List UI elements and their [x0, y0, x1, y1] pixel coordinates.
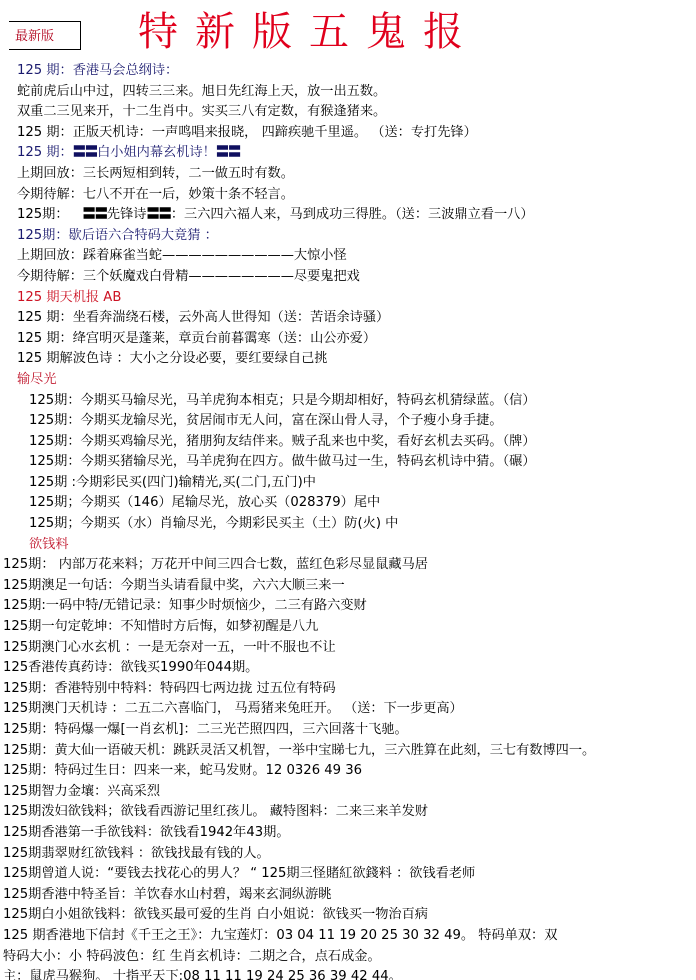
line-text: 正版天机诗：一声鸣唱来报晓， 四蹄疾驰千里遥。 （送：专打先锋） [73, 125, 477, 140]
line-tianjibao-1: 125 期：坐看奔湍绕石楼，云外高人世得知（送：苦语余诗骚） [0, 308, 696, 329]
period-label: 125 期： [17, 63, 73, 78]
line-tianjibao-2: 125 期：绛宫明灭是蓬莱，章贡台前暮霭寒（送：山公亦爱） [0, 329, 696, 350]
list-item: 125期：今期买猪输尽光，马羊虎狗在四方。做牛做马过一生，特码玄机诗中猜。（碾） [0, 452, 696, 473]
line-text: 香港马会总纲诗： [73, 63, 179, 78]
line-xiehouyu-header: 125期：歇后语六合特码大竟猜 ： [0, 226, 696, 247]
list-item: 125期：香港特别中特料：特码四七两边拢 过五位有特码 [0, 679, 696, 700]
period-label: 125期： [17, 228, 69, 243]
double-bar-icon: 〓〓 [146, 207, 170, 222]
latest-edition-badge: 最新版 [9, 21, 81, 50]
list-item: 特码大小：小 特码波色：红 生肖玄机诗：二期之合，点石成金。 [0, 947, 696, 968]
list-item: 125 期香港地下信封《千王之王》：九宝莲灯：03 04 11 19 20 25… [0, 926, 696, 947]
list-item: 125期；今期买（水）肖输尽光，今期彩民买主（土）防(火) 中 [0, 514, 696, 535]
list-item: 125期:一码中特/无错记录：知事少时烦恼少，二三有路六变财 [0, 596, 696, 617]
content: 125 期：香港马会总纲诗： 蛇前虎后山中过，四转三三来。旭日先红海上天，放一出… [0, 61, 696, 980]
line-text: ：三六四六福人来，马到成功三得胜。（送：三波鼎立看一八） [171, 207, 534, 222]
list-item: 125期：今期买马输尽光，马羊虎狗本相克；只是今期却相好，特码玄机猜绿蓝。（信） [0, 391, 696, 412]
list-item: 125期；今期买（146）尾输尽光，放心买（028379）尾中 [0, 493, 696, 514]
page-title: 特新版五鬼报 [138, 6, 480, 58]
list-item: 125期澳门心水玄机 ：一是无奈对一五，一叶不服也不让 [0, 638, 696, 659]
line-xiehouyu-replay: 上期回放：踩着麻雀当蛇——————————大惊小怪 [0, 246, 696, 267]
list-item: 125期：今期买鸡输尽光，猪朋狗友结伴来。贼子乱来也中奖，看好玄机去买码。（牌） [0, 432, 696, 453]
double-bar-icon: 〓〓 [216, 145, 240, 160]
section-heading-tianjibao: 125 期天机报 AB [0, 288, 696, 309]
line-bai-xiaojie-header: 125 期：〓〓白小姐内幕玄机诗！〓〓 [0, 143, 696, 164]
list-item: 125期：特码过生日：四来一来，蛇马发财。12 0326 49 36 [0, 761, 696, 782]
list-item: 125期白小姐欲钱料：欲钱买最可爱的生肖 白小姐说：欲钱买一物治百病 [0, 905, 696, 926]
list-item: 125期 :今期彩民买(四门)输精光,买(二门,五门)中 [0, 473, 696, 494]
list-item: 125期澳足一句话：今期当头请看鼠中奖，六六大顺三来一 [0, 576, 696, 597]
double-bar-icon: 〓〓 [83, 207, 107, 222]
line-wave-color-poem: 125 期解波色诗 ：大小之分设必要，要红要绿自己挑 [0, 349, 696, 370]
section-heading-lose-all: 输尽光 [0, 370, 696, 391]
list-item: 125期：特码爆一爆[一肖玄机]：二三光芒照四四，三六回落十飞驰。 [0, 720, 696, 741]
list-item: 125期曾道人说：“要钱去找花心的男人？ “ 125期三怪賭紅欲錢料 ：欲钱看老… [0, 864, 696, 885]
list-item: 125期翡翠财红欲钱料 ：欲钱找最有钱的人。 [0, 844, 696, 865]
period-label: 125 期： [17, 125, 73, 140]
line-tianji-poem: 125 期：正版天机诗：一声鸣唱来报晓， 四蹄疾驰千里遥。 （送：专打先锋） [0, 123, 696, 144]
line-poem-2: 双重二三见来开，十二生肖中。实买三八有定数，有猴逢猪来。 [0, 102, 696, 123]
list-item: 主：鼠虎马猴狗。 十指平天下:08 11 11 19 24 25 36 39 4… [0, 967, 696, 980]
line-poem-1: 蛇前虎后山中过，四转三三来。旭日先红海上天，放一出五数。 [0, 82, 696, 103]
section-heading-money-clues: 欲钱料 [0, 535, 696, 556]
list-item: 125期泼妇欲钱料；欲钱看西游记里红孩儿。 藏特图料：二来三来羊发财 [0, 802, 696, 823]
list-item: 125期：黄大仙一语破天机：跳跃灵活又机智，一举中宝睇七九，三六胜算在此刻，三七… [0, 741, 696, 762]
list-item: 125期香港中特圣旨：羊饮春水山村碧，竭来玄洞纵游眺 [0, 885, 696, 906]
line-current-riddle: 今期待解：七八不开在一后，妙策十条不轻言。 [0, 185, 696, 206]
period-label: 125期： [17, 207, 69, 222]
line-vanguard-poem: 125期：〓〓先锋诗〓〓：三六四六福人来，马到成功三得胜。（送：三波鼎立看一八） [0, 205, 696, 226]
list-item: 125期： 内部万花来料；万花开中间三四合七数，蓝红色彩尽显鼠藏马居 [0, 555, 696, 576]
list-item: 125期：今期买龙输尽光，贫居闹市无人问，富在深山骨人寻，个子瘦小身手捷。 [0, 411, 696, 432]
line-hk-poem-header: 125 期：香港马会总纲诗： [0, 61, 696, 82]
period-label: 125 期： [17, 145, 73, 160]
list-item: 125期澳门天机诗 ：二五二六喜临门， 马焉猪来兔旺开。 （送：下一步更高） [0, 699, 696, 720]
list-item: 125期一句定乾坤：不知惜时方后悔，如梦初醒是八九 [0, 617, 696, 638]
list-item: 125期智力金壤：兴高采烈 [0, 782, 696, 803]
line-text: 先锋诗 [107, 207, 147, 222]
double-bar-icon: 〓〓 [73, 145, 97, 160]
list-item: 125香港传真药诗：欲钱买1990年044期。 [0, 658, 696, 679]
list-item: 125期香港第一手欲钱料：欲钱看1942年43期。 [0, 823, 696, 844]
line-text: 白小姐内幕玄机诗！ [97, 145, 216, 160]
line-xiehouyu-riddle: 今期待解：三个妖魔戏白骨精————————尽要鬼把戏 [0, 267, 696, 288]
line-last-replay: 上期回放：三长两短相到转，二一做五时有数。 [0, 164, 696, 185]
line-text: 歇后语六合特码大竟猜 ： [69, 228, 218, 243]
